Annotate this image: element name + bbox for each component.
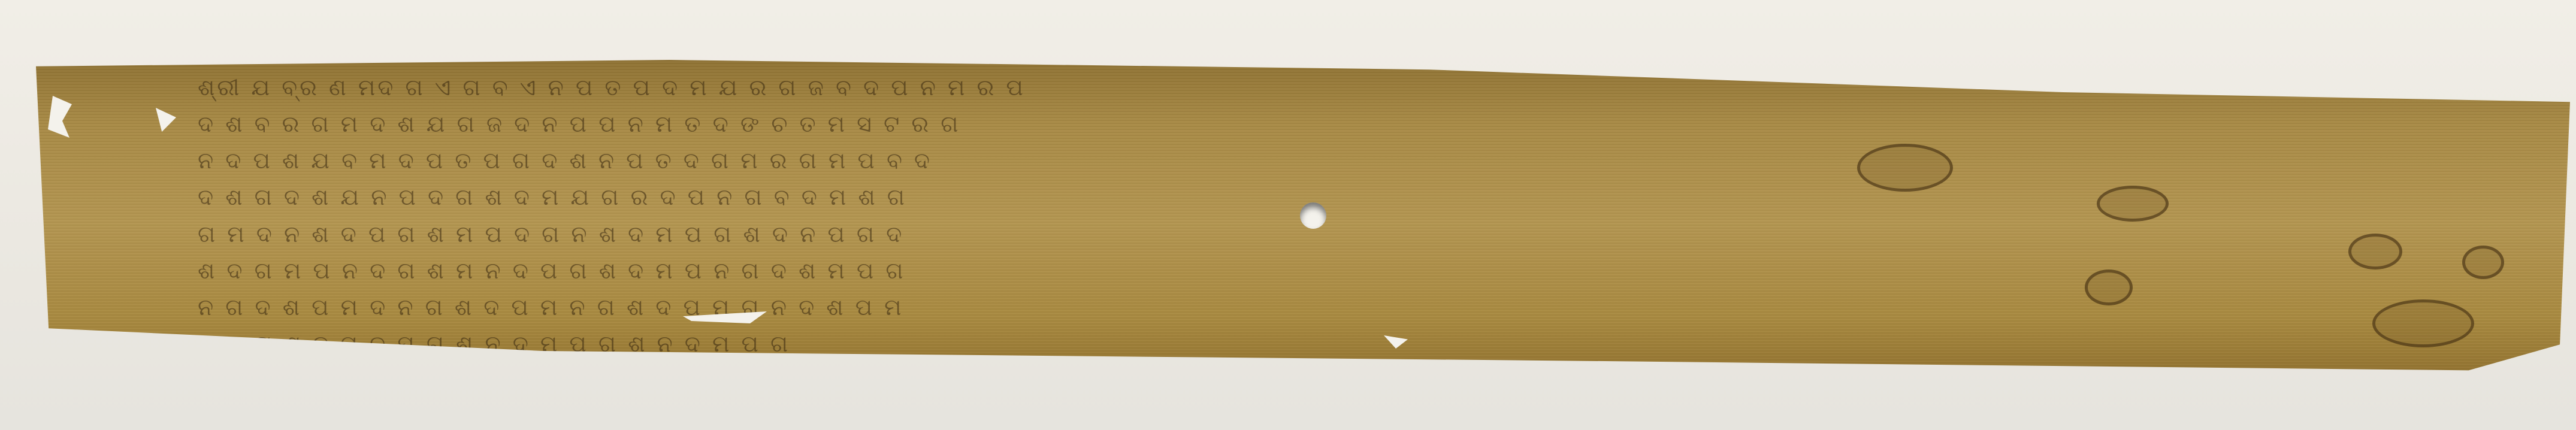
text-row: ଦ ଶ ବ ର ଗ ମ ଦ ଶ ଯ ଗ ଜ ଦ ନ ପ ପ ନ ମ ତ ଦ ଙ …	[198, 108, 2534, 140]
text-row: ନ ଗ ଦ ଶ ପ ମ ଦ ନ ଗ ଶ ଦ ପ ମ ନ ଗ ଶ ଦ ପ ମ ଗ …	[198, 292, 2534, 323]
palm-leaf-manuscript: ଶ୍ରୀ ଯ ବ୍ର ଣ ମଦ ଗ ଏ ଗ ବ ଏ ନ ପ ତ ପ ଦ ମ ଯ …	[36, 60, 2570, 383]
water-stain	[2097, 186, 2169, 222]
manuscript-text-block: ଶ୍ରୀ ଯ ବ୍ର ଣ ମଦ ଗ ଏ ଗ ବ ଏ ନ ପ ତ ପ ଦ ମ ଯ …	[198, 72, 2534, 359]
text-row: ଦ ପ ଗ ଶ ନ ମ ଦ ପ ଗ ଶ ନ ଦ ମ ପ ଗ ଶ ନ ଦ ମ ପ …	[198, 328, 2534, 359]
water-stain	[2372, 299, 2474, 347]
water-stain	[2462, 246, 2504, 279]
text-row: ଶ ଦ ଗ ମ ପ ନ ଦ ଗ ଶ ମ ନ ଦ ପ ଗ ଶ ଦ ମ ପ ନ ଗ …	[198, 255, 2534, 286]
text-row: ଦ ଶ ଗ ଦ ଶ ଯ ନ ପ ଦ ଗ ଶ ଦ ମ ଯ ଗ ର ଦ ପ ନ ଗ …	[198, 181, 2534, 213]
text-row: ଗ ମ ଦ ନ ଶ ଦ ପ ଗ ଶ ମ ପ ଦ ଗ ନ ଶ ଦ ମ ପ ଗ ଶ …	[198, 219, 2534, 250]
water-stain	[2348, 234, 2402, 269]
water-stain	[1857, 144, 1953, 192]
string-hole	[1300, 202, 1326, 229]
water-stain	[2085, 269, 2133, 305]
text-row: ଶ୍ରୀ ଯ ବ୍ର ଣ ମଦ ଗ ଏ ଗ ବ ଏ ନ ପ ତ ପ ଦ ମ ଯ …	[198, 72, 2534, 103]
text-row: ନ ଦ ପ ଶ ଯ ବ ମ ଦ ପ ତ ପ ଗ ଦ ଶ ନ ପ ତ ଦ ଗ ମ …	[198, 145, 2534, 176]
